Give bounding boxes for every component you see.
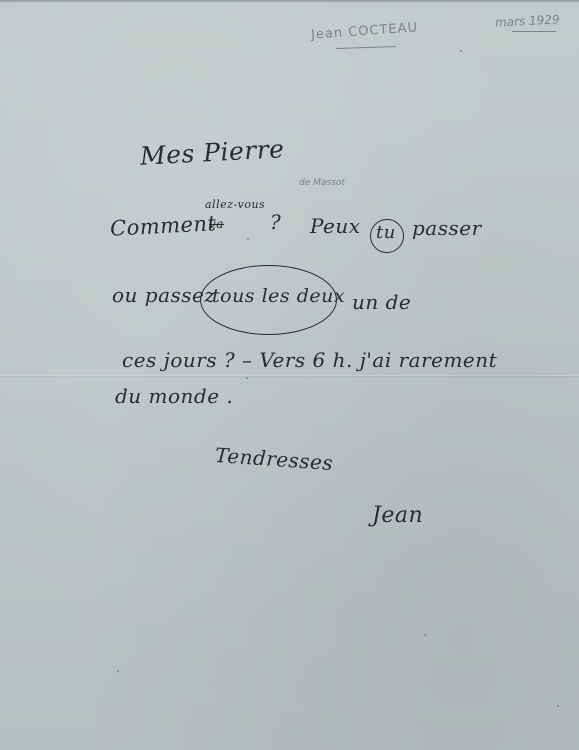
paper-speck bbox=[557, 705, 559, 707]
paper-speck bbox=[424, 634, 426, 636]
author-annotation: Jean COCTEAU bbox=[311, 20, 419, 42]
salutation: Mes Pierre bbox=[139, 134, 285, 171]
paper-fold-line bbox=[0, 375, 579, 376]
paper-speck bbox=[117, 670, 119, 672]
line-1-passer: passer bbox=[412, 216, 482, 240]
line-1-peux: Peux bbox=[310, 214, 361, 238]
recipient-annotation: de Massot bbox=[299, 178, 345, 188]
line-1-insertion: allez-vous bbox=[205, 198, 265, 211]
line-1-circled-tu: tu bbox=[376, 222, 396, 243]
paper-top-edge bbox=[0, 0, 579, 3]
line-1-comment: Comment bbox=[109, 211, 217, 241]
signature: Jean bbox=[372, 503, 423, 528]
line-1-question-mark: ? bbox=[270, 210, 281, 234]
author-underline bbox=[336, 46, 396, 49]
paper-speck bbox=[460, 50, 462, 52]
line-4: du monde . bbox=[115, 384, 233, 408]
letter-sheet: Jean COCTEAU mars 1929 de Massot Mes Pie… bbox=[0, 0, 579, 750]
line-3: ces jours ? – Vers 6 h. j'ai rarement bbox=[122, 348, 497, 372]
date-underline bbox=[512, 31, 556, 32]
closing: Tendresses bbox=[214, 443, 334, 475]
paper-speck bbox=[246, 377, 248, 379]
line-1-struck-word: va bbox=[209, 217, 224, 231]
line-2-end: un de bbox=[352, 290, 411, 314]
date-annotation: mars 1929 bbox=[495, 12, 560, 29]
paper-speck bbox=[247, 238, 249, 240]
line-2-circled-phrase: tous les deux bbox=[212, 285, 345, 307]
